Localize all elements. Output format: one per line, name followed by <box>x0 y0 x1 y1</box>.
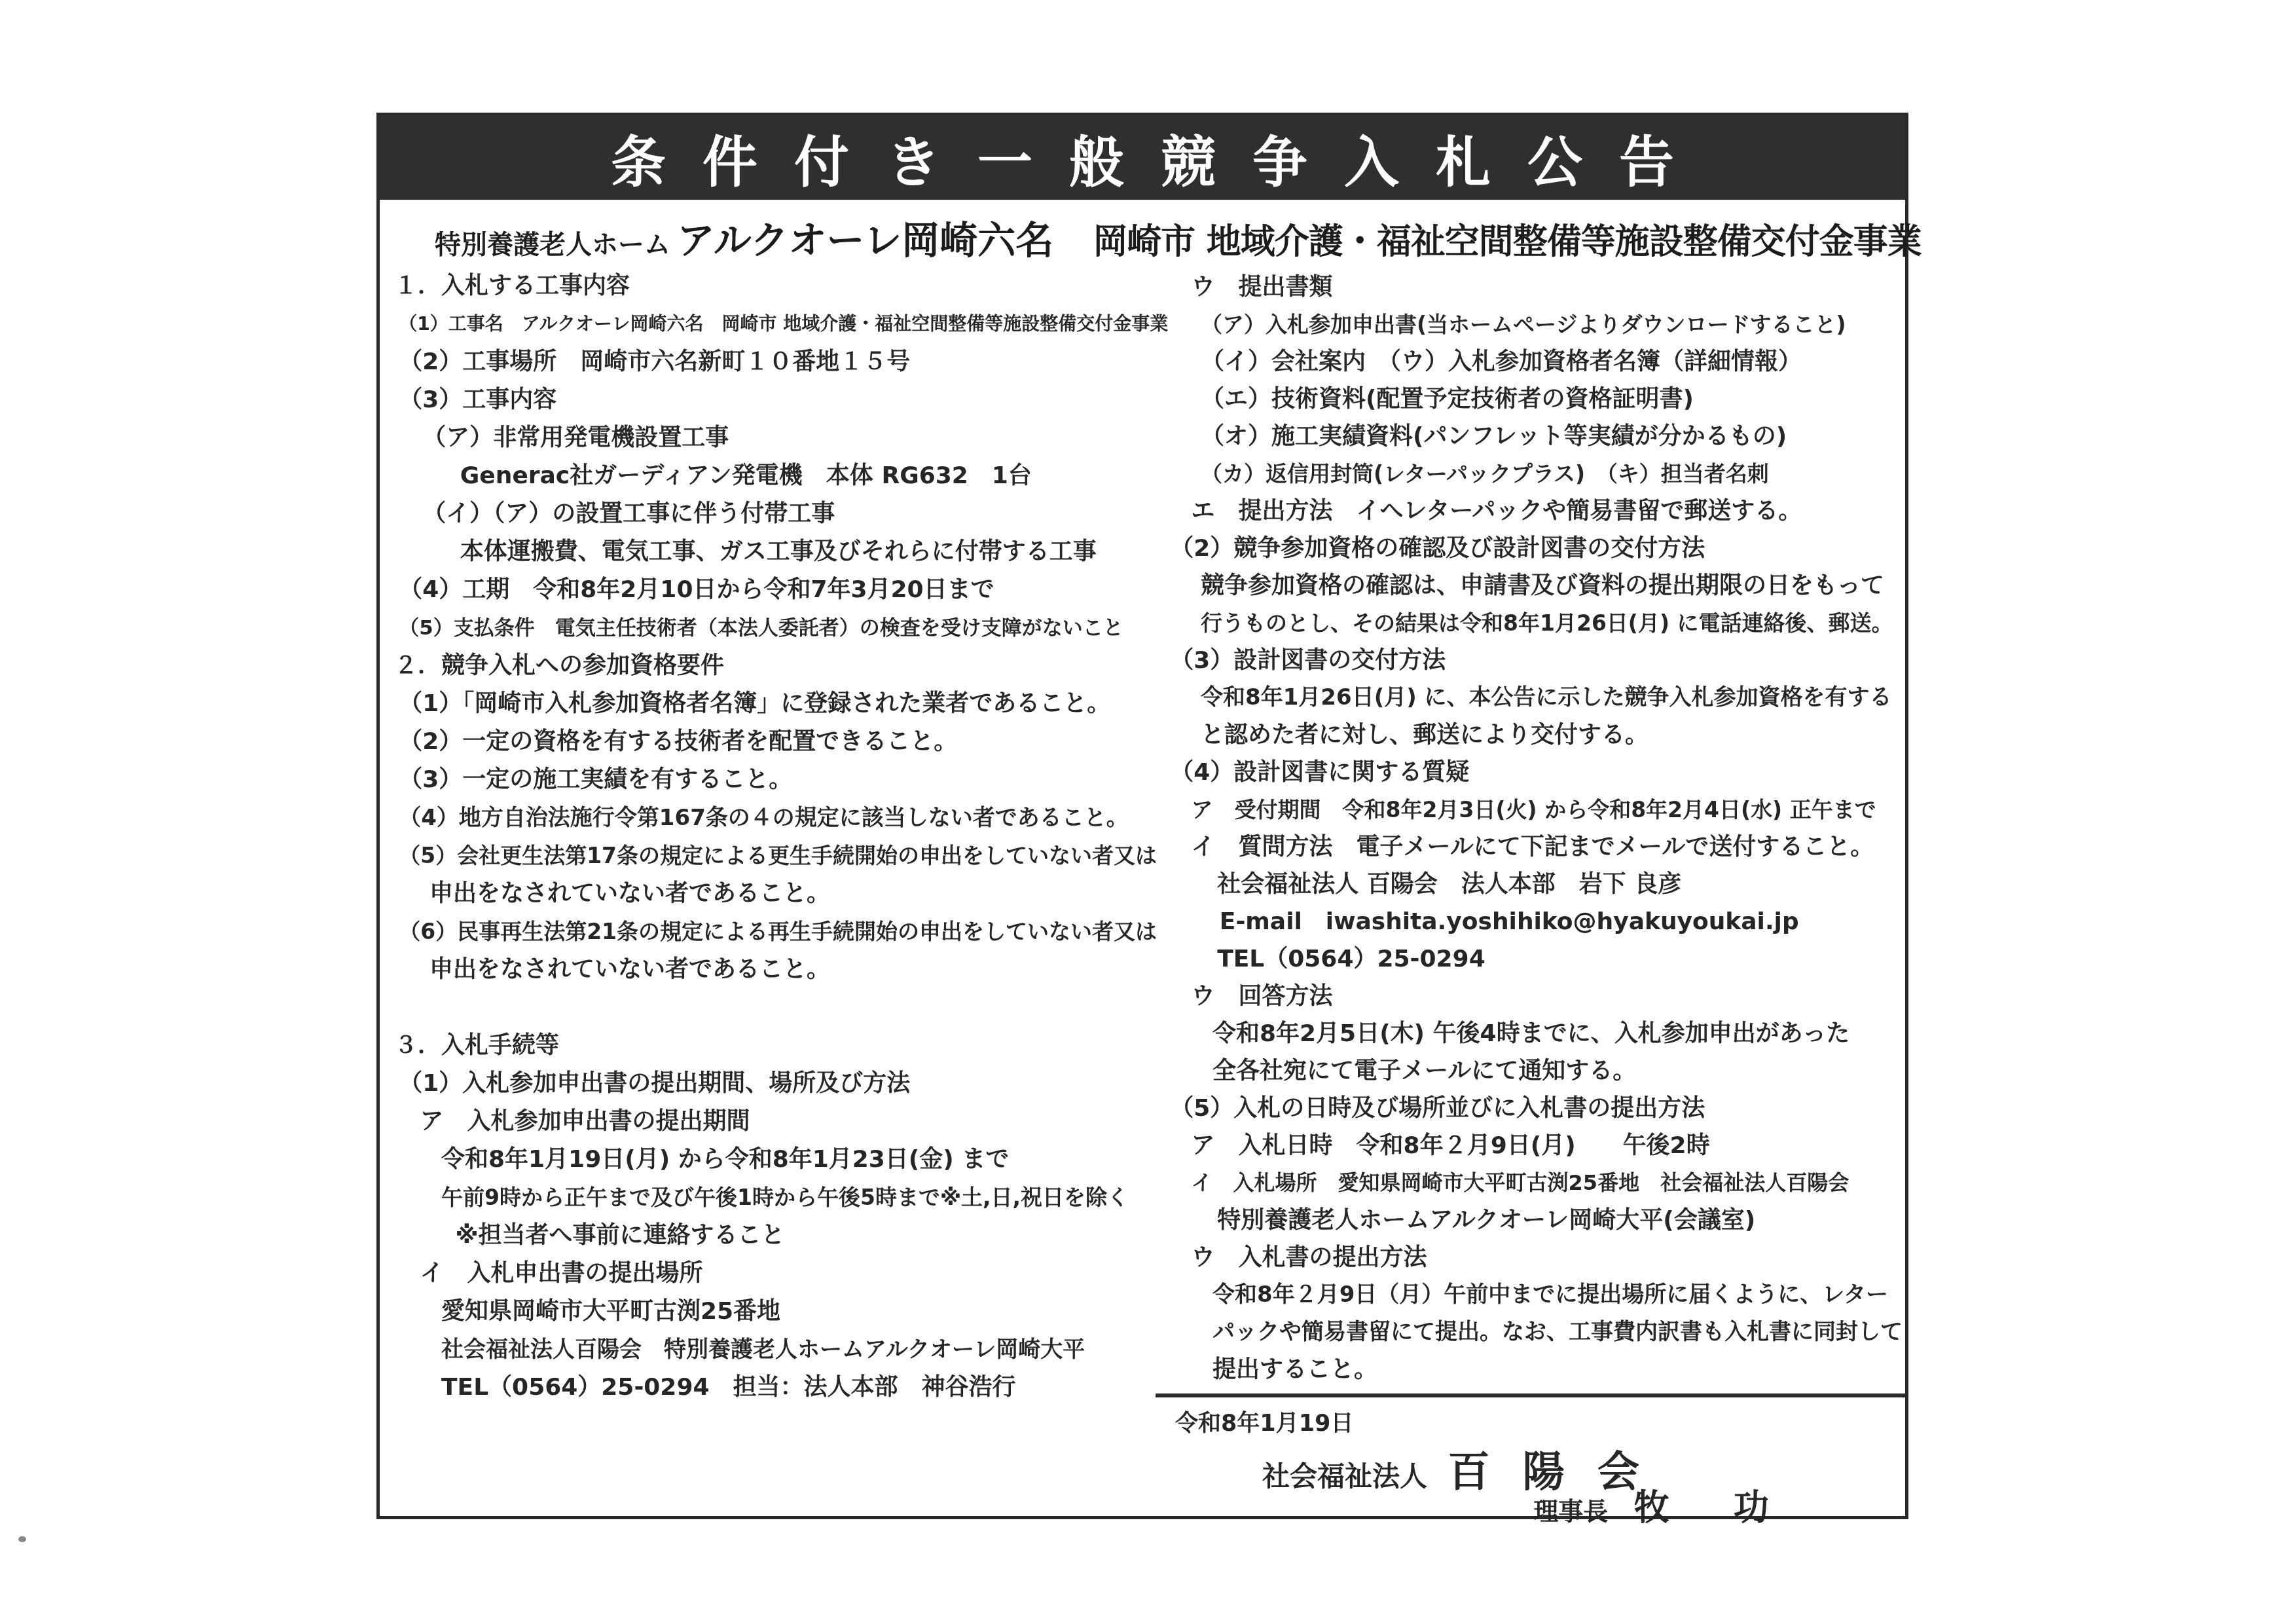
text-line: ア 受付期間 令和8年2月3日(火) から令和8年2月4日(水) 正午まで <box>1165 791 1906 828</box>
text-line: （2）一定の資格を有する技術者を配置できること。 <box>394 723 1172 761</box>
text-line: 社会福祉法人百陽会 特別養護老人ホームアルクオーレ岡崎大平 <box>394 1331 1172 1369</box>
text-line: 競争参加資格の確認は、申請書及び資料の提出期限の日をもって <box>1165 567 1906 604</box>
text-line: ２．競争入札への参加資格要件 <box>394 647 1172 685</box>
text-line: （4）工期 令和8年2月10日から令和7年3月20日まで <box>394 571 1172 609</box>
signer-name: 牧 功 <box>1634 1487 1783 1528</box>
subtitle-facility-type: 特別養護老人ホーム <box>435 224 670 261</box>
text-line: （オ）施工実績資料(パンフレット等実績が分かるもの) <box>1165 418 1906 455</box>
text-line: 令和8年２月9日（月）午前中までに提出場所に届くように、レター <box>1165 1276 1906 1314</box>
text-line: 令和8年1月19日(月) から令和8年1月23日(金) まで <box>394 1141 1172 1179</box>
text-line: パックや簡易書留にて提出。なお、工事費内訳書も入札書に同封して <box>1165 1314 1906 1351</box>
text-line: （1）「岡崎市入札参加資格者名簿」に登録された業者であること。 <box>394 685 1172 723</box>
text-line: 申出をなされていない者であること。 <box>394 951 1172 989</box>
text-line: （エ）技術資料(配置予定技術者の資格証明書) <box>1165 380 1906 418</box>
text-line: （1）入札参加申出書の提出期間、場所及び方法 <box>394 1065 1172 1103</box>
text-line <box>394 989 1172 1027</box>
text-line: （3）工事内容 <box>394 381 1172 419</box>
text-line: １．入札する工事内容 <box>394 267 1172 305</box>
scan-artifact-dot <box>18 1536 26 1542</box>
page-title: 条件付き一般競争入札公告 <box>574 119 1711 198</box>
text-line: （1）工事名 アルクオーレ岡崎六名 岡崎市 地域介護・福祉空間整備等施設整備交付… <box>394 305 1172 343</box>
text-line: ３．入札手続等 <box>394 1027 1172 1065</box>
text-line: 令和8年1月26日(月) に、本公告に示した競争入札参加資格を有する <box>1165 679 1906 716</box>
subtitle-project-name: 岡崎市 地域介護・福祉空間整備等施設整備交付金事業 <box>1093 214 1921 264</box>
text-line: 本体運搬費、電気工事、ガス工事及びそれらに付帯する工事 <box>394 533 1172 571</box>
text-line: E-mail iwashita.yoshihiko@hyakuyoukai.jp <box>1165 903 1906 940</box>
text-line: ア 入札参加申出書の提出期間 <box>394 1103 1172 1141</box>
text-line: （4）設計図書に関する質疑 <box>1165 754 1906 791</box>
text-line: TEL（0564）25-0294 <box>1165 940 1906 978</box>
text-line: Generac社ガーディアン発電機 本体 RG632 1台 <box>394 457 1172 495</box>
text-line: TEL（0564）25-0294 担当：法人本部 神谷浩行 <box>394 1369 1172 1407</box>
text-line: 令和8年2月5日(木) 午後4時までに、入札参加申出があった <box>1165 1015 1906 1052</box>
title-bar: 条件付き一般競争入札公告 <box>380 116 1905 200</box>
signer-title: 理事長 <box>1533 1497 1608 1526</box>
right-text-column: ウ 提出書類（ア）入札参加申出書(当ホームページよりダウンロードすること)（イ）… <box>1165 268 1906 1388</box>
signature-block: 令和8年1月19日 社会福祉法人 百 陽 会 理事長 牧 功 <box>1156 1393 1906 1518</box>
subtitle-facility-name: アルクオーレ岡崎六名 <box>677 210 1053 265</box>
text-line: （6）民事再生法第21条の規定による再生手続開始の申出をしていない者又は <box>394 913 1172 951</box>
text-line: （2）競争参加資格の確認及び設計図書の交付方法 <box>1165 530 1906 567</box>
text-line: イ 質問方法 電子メールにて下記までメールで送付すること。 <box>1165 828 1906 866</box>
text-line: ウ 提出書類 <box>1165 268 1906 306</box>
text-line: （3）一定の施工実績を有すること。 <box>394 761 1172 799</box>
text-line: ア 入札日時 令和8年２月9日(月) 午後2時 <box>1165 1127 1906 1164</box>
text-line: 特別養護老人ホームアルクオーレ岡崎大平(会議室) <box>1165 1202 1906 1239</box>
text-line: （ア）入札参加申出書(当ホームページよりダウンロードすること) <box>1165 306 1906 343</box>
text-line: （4）地方自治法施行令第167条の４の規定に該当しない者であること。 <box>394 799 1172 837</box>
notice-date: 令和8年1月19日 <box>1175 1405 1353 1438</box>
text-line: （ア）非常用発電機設置工事 <box>394 419 1172 457</box>
signer-line: 理事長 牧 功 <box>1283 1480 2033 1530</box>
text-line: （5）会社更生法第17条の規定による更生手続開始の申出をしていない者又は <box>394 837 1172 875</box>
text-line: イ 入札場所 愛知県岡崎市大平町古渕25番地 社会福祉法人百陽会 <box>1165 1164 1906 1202</box>
text-line: （5）入札の日時及び場所並びに入札書の提出方法 <box>1165 1090 1906 1127</box>
text-line: 全各社宛にて電子メールにて通知する。 <box>1165 1052 1906 1090</box>
text-line: と認めた者に対し、郵送により交付する。 <box>1165 716 1906 754</box>
text-line: 愛知県岡崎市大平町古渕25番地 <box>394 1293 1172 1331</box>
text-line: 行うものとし、その結果は令和8年1月26日(月) に電話連絡後、郵送。 <box>1165 604 1906 642</box>
scanned-page: 条件付き一般競争入札公告 特別養護老人ホーム アルクオーレ岡崎六名 岡崎市 地域… <box>0 0 2296 1624</box>
left-text-column: １．入札する工事内容（1）工事名 アルクオーレ岡崎六名 岡崎市 地域介護・福祉空… <box>394 267 1172 1407</box>
text-line: （イ）（ア）の設置工事に伴う付帯工事 <box>394 495 1172 533</box>
text-line: ウ 回答方法 <box>1165 978 1906 1015</box>
text-line: （5）支払条件 電気主任技術者（本法人委託者）の検査を受け支障がないこと <box>394 609 1172 647</box>
text-line: 提出すること。 <box>1165 1351 1906 1388</box>
text-line: （3）設計図書の交付方法 <box>1165 642 1906 679</box>
text-line: イ 入札申出書の提出場所 <box>394 1255 1172 1293</box>
text-line: エ 提出方法 イへレターパックや簡易書留で郵送する。 <box>1165 492 1906 530</box>
text-line: （イ）会社案内 （ウ）入札参加資格者名簿（詳細情報） <box>1165 343 1906 380</box>
text-line: 午前9時から正午まで及び午後1時から午後5時まで※土,日,祝日を除く <box>394 1179 1172 1217</box>
text-line: （カ）返信用封筒(レターパックプラス) （キ）担当者名刺 <box>1165 455 1906 492</box>
subtitle: 特別養護老人ホーム アルクオーレ岡崎六名 岡崎市 地域介護・福祉空間整備等施設整… <box>435 210 1900 265</box>
text-line: ※担当者へ事前に連絡すること <box>394 1217 1172 1255</box>
text-line: 申出をなされていない者であること。 <box>394 875 1172 913</box>
text-line: （2）工事場所 岡崎市六名新町１０番地１５号 <box>394 343 1172 381</box>
notice-document-box: 条件付き一般競争入札公告 特別養護老人ホーム アルクオーレ岡崎六名 岡崎市 地域… <box>376 113 1908 1519</box>
text-line: 社会福祉法人 百陽会 法人本部 岩下 良彦 <box>1165 866 1906 903</box>
text-line: ウ 入札書の提出方法 <box>1165 1239 1906 1276</box>
